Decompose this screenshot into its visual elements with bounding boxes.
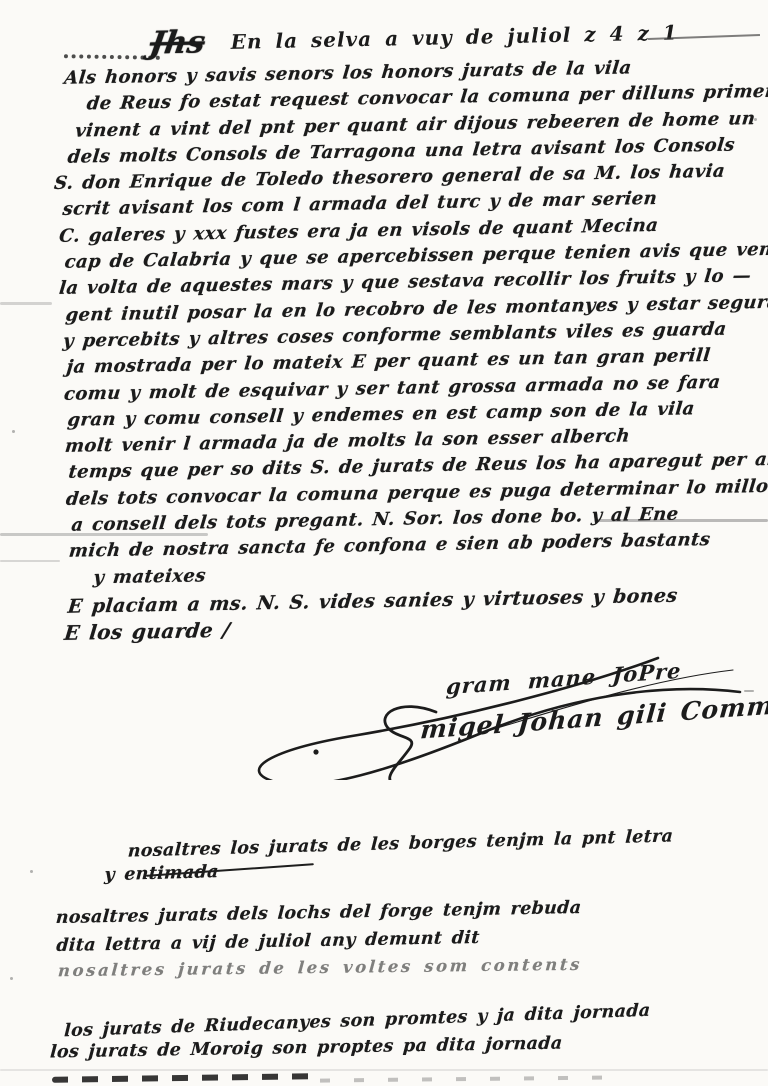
letter-header: Jhs En la selva a vuy de juliol z 4 z 1	[150, 14, 678, 61]
annotation-borges: nosaltres los jurats de les borges tenjm…	[128, 826, 675, 884]
ink-speck	[30, 870, 33, 873]
scan-streak	[0, 1069, 768, 1071]
scan-streak	[0, 302, 52, 305]
ink-speck	[10, 977, 13, 980]
cutoff-text-band	[52, 1073, 314, 1083]
ink-dot-trail	[64, 49, 160, 60]
annotation-line: nosaltres jurats de les voltes som conte…	[57, 955, 582, 980]
cutoff-text-faint	[320, 1075, 620, 1082]
date-line: En la selva a vuy de juliol z 4 z 1	[230, 20, 677, 53]
annotation-forge: nosaltres jurats dels lochs del forge te…	[56, 894, 583, 960]
scan-streak	[0, 560, 60, 562]
manuscript-page: Jhs En la selva a vuy de juliol z 4 z 1 …	[0, 0, 768, 1086]
annotation-voltes-faint: nosaltres jurats de les voltes som conte…	[58, 955, 582, 980]
ink-speck	[12, 430, 15, 433]
letter-body: Als honors y savis senors los honors jur…	[52, 53, 753, 646]
jhs-monogram: Jhs	[147, 24, 207, 61]
